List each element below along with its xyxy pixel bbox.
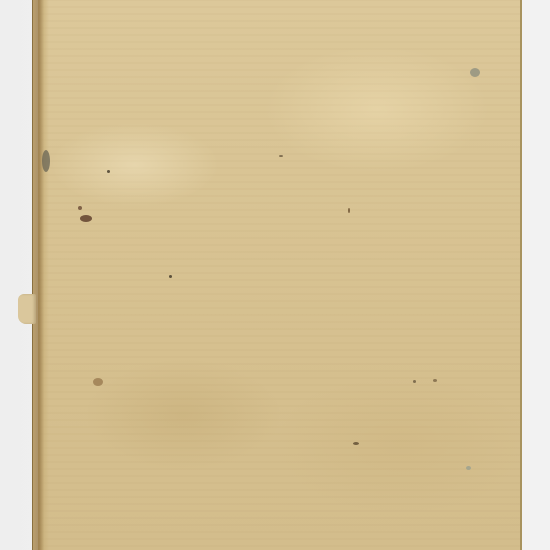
cover-spine-edge — [32, 0, 49, 550]
fiber-fleck — [353, 442, 359, 445]
fiber-fleck — [433, 379, 437, 382]
paper-book-cover — [38, 0, 522, 550]
fiber-fleck — [93, 378, 103, 386]
fiber-fleck — [470, 68, 480, 77]
fiber-fleck — [169, 275, 172, 278]
fiber-fleck — [78, 206, 82, 210]
torn-paper-tab — [18, 294, 36, 324]
photo-background — [0, 0, 550, 550]
fiber-fleck — [413, 380, 416, 383]
fiber-fleck — [279, 155, 283, 157]
fiber-fleck — [466, 466, 471, 470]
fiber-fleck — [42, 150, 50, 172]
cover-right-edge — [520, 0, 522, 550]
fiber-fleck — [107, 170, 110, 173]
fiber-fleck — [348, 208, 350, 213]
fiber-fleck — [80, 215, 92, 222]
